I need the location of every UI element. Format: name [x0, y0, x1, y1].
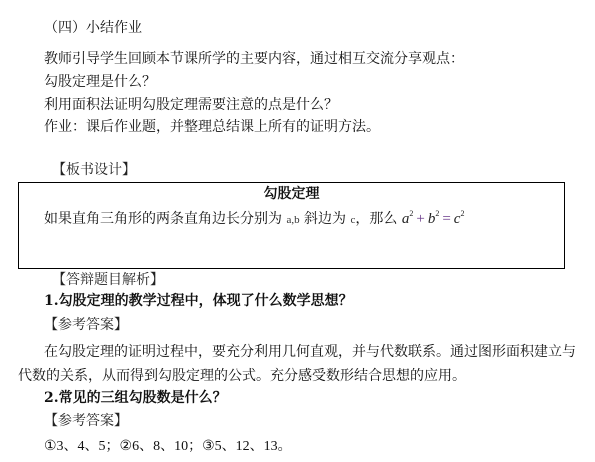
qa-question-2: 2.常见的三组勾股数是什么？: [44, 388, 227, 408]
summary-intro: 教师引导学生回顾本节课所学的主要内容，通过相互交流分享观点：: [44, 49, 464, 69]
summary-question-1: 勾股定理是什么？: [44, 72, 156, 92]
board-theorem-text: 如果直角三角形的两条直角边长分别为 a,b 斜边为 c，那么 a2+b2=c2: [44, 204, 464, 230]
board-design-heading: 【板书设计】: [52, 160, 136, 180]
qa-question-1: 1.勾股定理的教学过程中，体现了什么数学思想？: [44, 291, 353, 311]
theorem-text-after: ，那么: [355, 211, 397, 227]
theorem-text-before: 如果直角三角形的两条直角边长分别为: [44, 211, 282, 227]
pythagorean-formula: a2+b2=c2: [402, 211, 465, 227]
board-title: 勾股定理: [19, 185, 564, 203]
qa-answer-1-line-2: 代数的关系，从而得到勾股定理的公式。充分感受数形结合思想的应用。: [18, 366, 466, 386]
qa-reference-label-1: 【参考答案】: [44, 315, 128, 335]
qa-answer-2: ①3、4、5；②6、8、10；③5、12、13。: [44, 437, 292, 457]
theorem-text-middle: 斜边为: [304, 211, 346, 227]
board-design-box: 勾股定理 如果直角三角形的两条直角边长分别为 a,b 斜边为 c，那么 a2+b…: [18, 182, 565, 269]
qa-heading: 【答辩题目解析】: [52, 270, 164, 290]
summary-question-2: 利用面积法证明勾股定理需要注意的点是什么？: [44, 95, 338, 115]
qa-reference-label-2: 【参考答案】: [44, 411, 128, 431]
qa-answer-1-line-1: 在勾股定理的证明过程中，要充分利用几何直观，并与代数联系。通过图形面积建立与: [44, 342, 576, 362]
theorem-vars-ab: a,b: [286, 214, 299, 226]
summary-homework: 作业：课后作业题，并整理总结课上所有的证明方法。: [44, 117, 380, 137]
summary-heading: （四）小结作业: [44, 18, 142, 38]
